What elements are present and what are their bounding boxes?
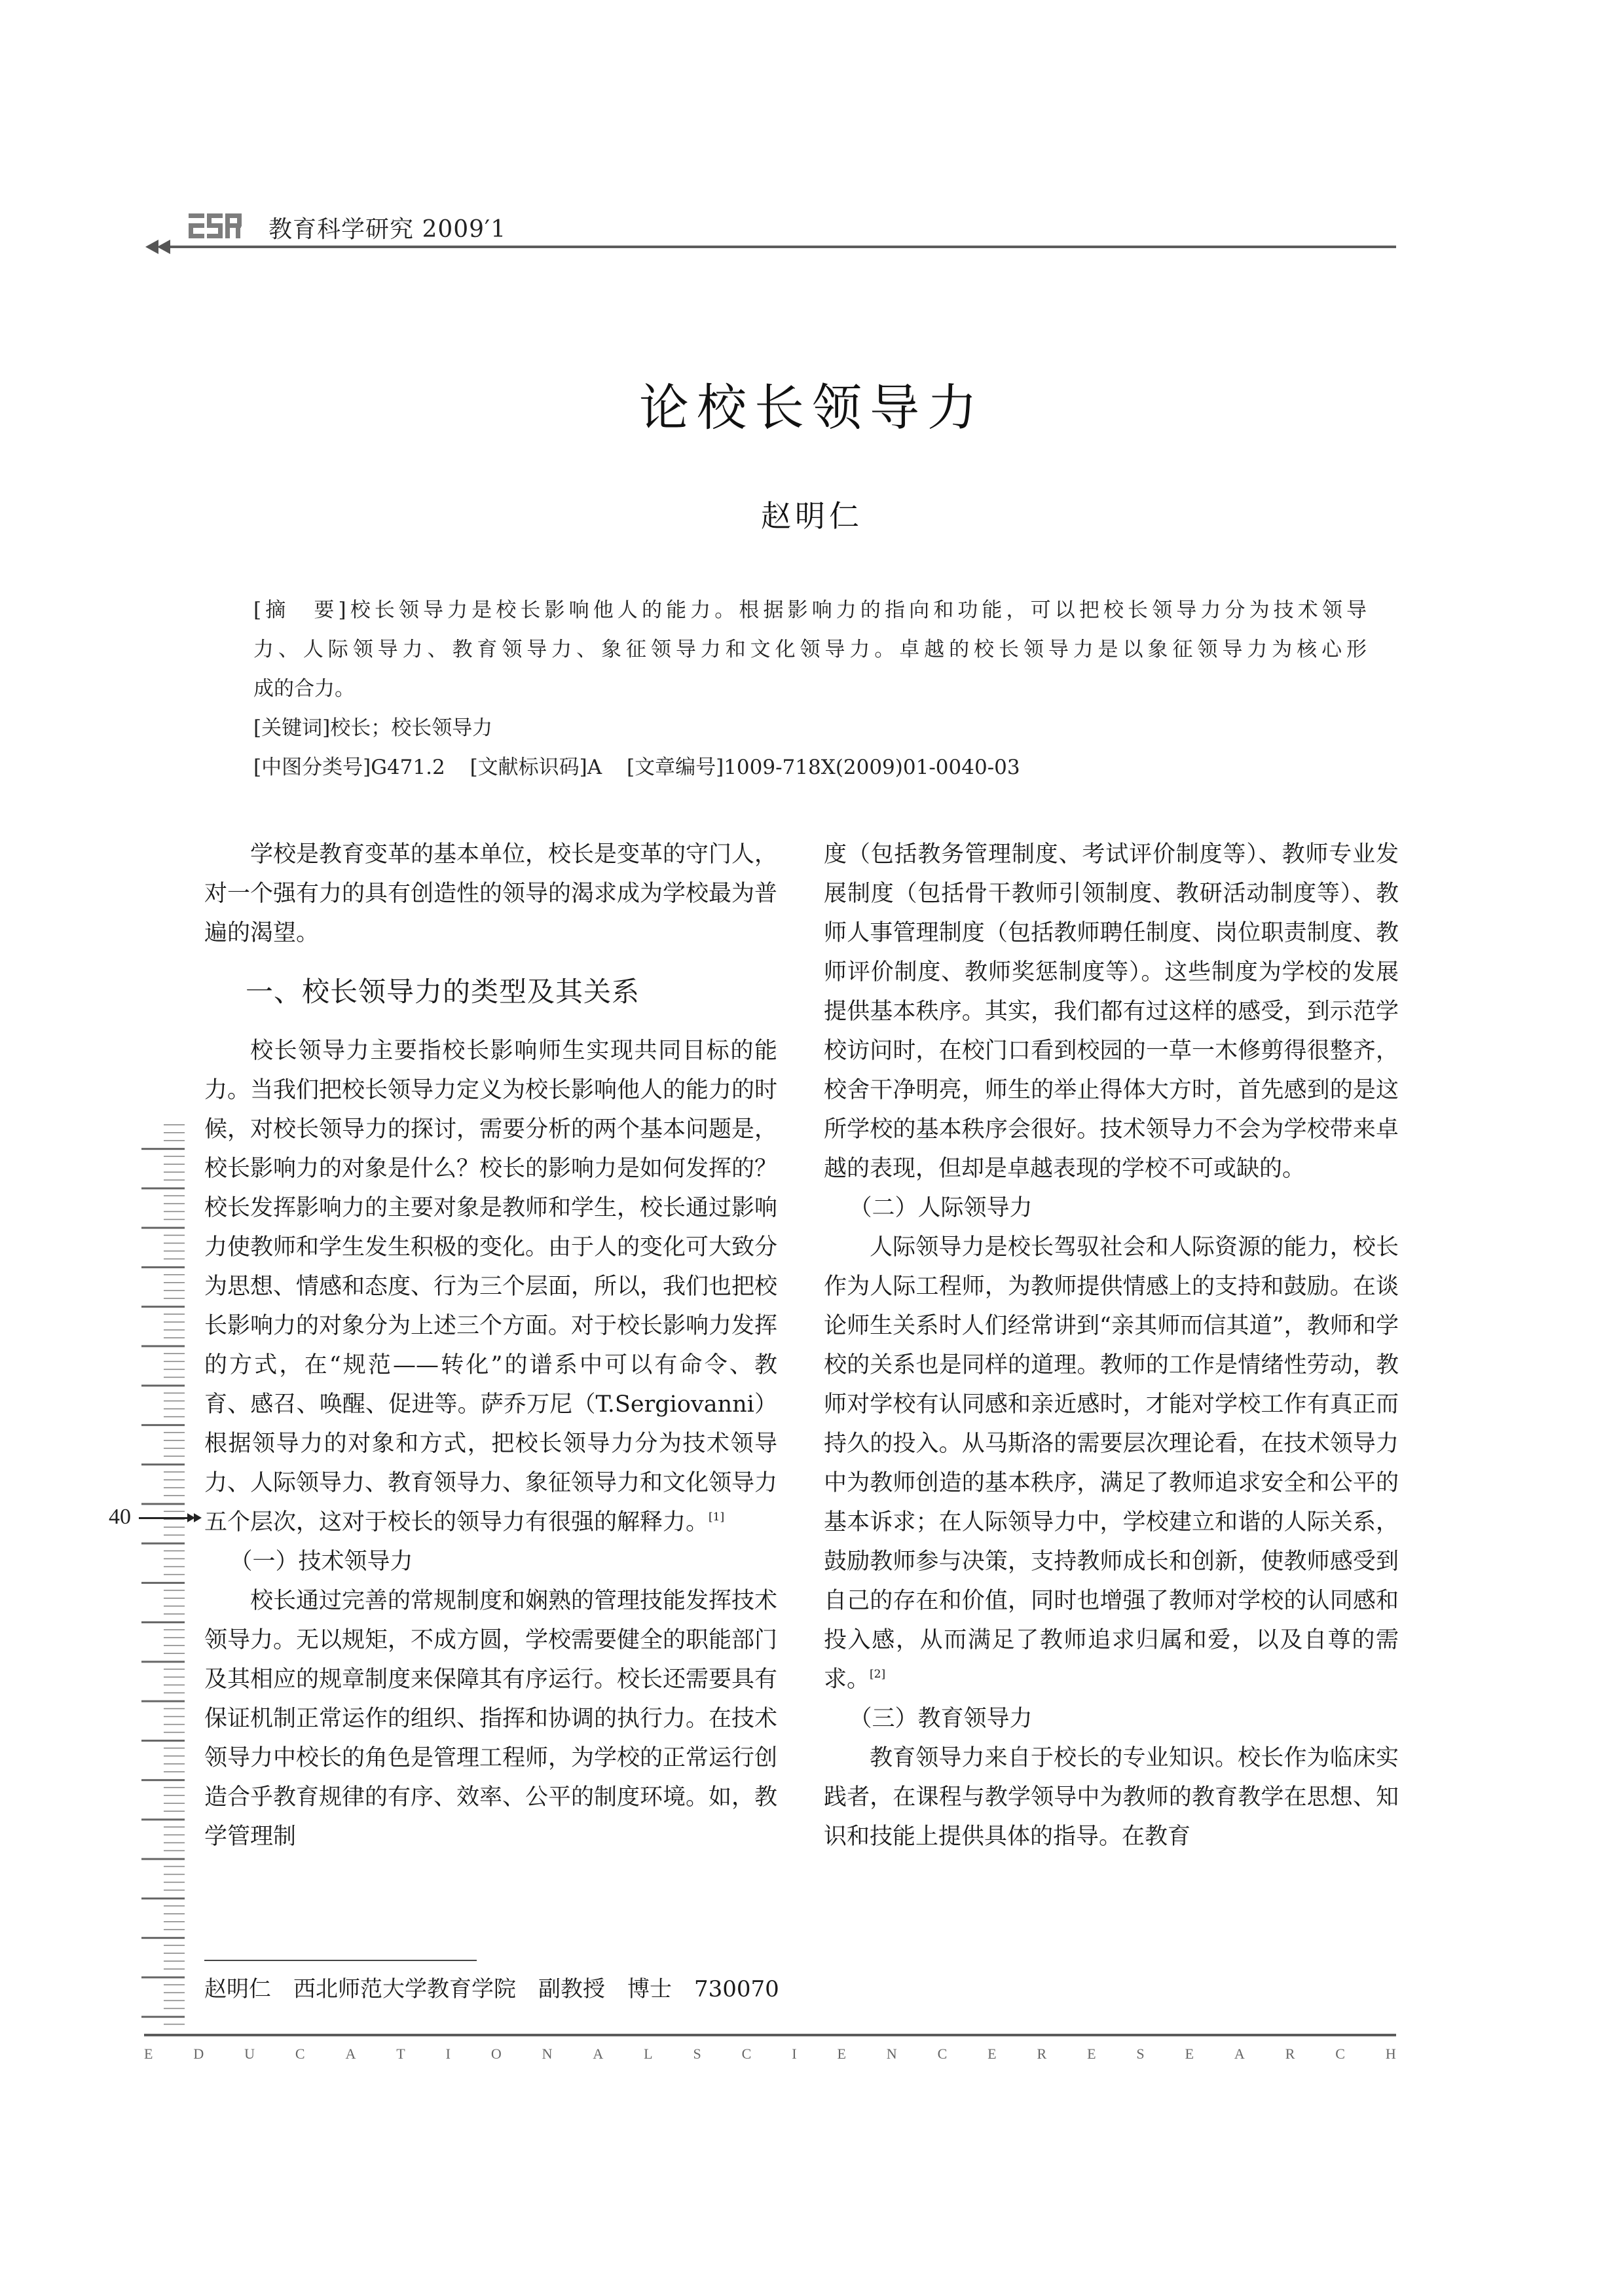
article-number: [文章编号]1009-718X(2009)01-0040-03 — [627, 756, 1020, 779]
body-paragraph: 教育领导力来自于校长的专业知识。校长作为临床实践者，在课程与教学领导中为教师的教… — [824, 1738, 1399, 1856]
footer-letter: N — [542, 2046, 553, 2063]
author-footnote: 赵明仁 西北师范大学教育学院 副教授 博士 730070 — [204, 1971, 779, 2003]
footer-letter: C — [1335, 2046, 1345, 2063]
body-column-left: 学校是教育变革的基本单位，校长是变革的守门人，对一个强有力的具有创造性的领导的渴… — [204, 835, 777, 1856]
footer-letter: E — [837, 2046, 845, 2063]
footer-letter: C — [938, 2046, 948, 2063]
body-column-right: 度（包括教务管理制度、考试评价制度等）、教师专业发展制度（包括骨干教师引领制度、… — [824, 835, 1399, 1856]
article-author: 赵明仁 — [0, 492, 1624, 536]
footer-letter: I — [446, 2046, 451, 2063]
subsection-heading: （三）教育领导力 — [824, 1699, 1399, 1738]
footer-journal-english: EDUCATIONALSCIENCERESEARCH — [144, 2046, 1396, 2063]
footer-letter: O — [491, 2046, 502, 2063]
article-title: 论校长领导力 — [0, 368, 1624, 439]
header-rule — [164, 246, 1396, 248]
intro-paragraph: 学校是教育变革的基本单位，校长是变革的守门人，对一个强有力的具有创造性的领导的渴… — [204, 835, 777, 953]
footer-letter: H — [1386, 2046, 1396, 2063]
abstract-line: [摘 要]校长领导力是校长影响他人的能力。根据影响力的指向和功能，可以把校长领导… — [253, 591, 1367, 630]
footer-letter: D — [193, 2046, 204, 2063]
keywords: [关键词]校长；校长领导力 — [253, 708, 1367, 748]
abstract-line: 力、人际领导力、教育领导力、象征领导力和文化领导力。卓越的校长领导力是以象征领导… — [253, 630, 1367, 669]
esr-logo-icon — [189, 213, 242, 238]
body-paragraph: 度（包括教务管理制度、考试评价制度等）、教师专业发展制度（包括骨干教师引领制度、… — [824, 835, 1399, 1188]
footer-letter: R — [1285, 2046, 1295, 2063]
footer-letter: A — [1234, 2046, 1245, 2063]
footer-letter: E — [987, 2046, 996, 2063]
clc-number: [中图分类号]G471.2 — [253, 756, 445, 779]
page-pointer-arrow-icon — [139, 1513, 204, 1523]
body-paragraph: 校长领导力主要指校长影响师生实现共同目标的能力。当我们把校长领导力定义为校长影响… — [204, 1031, 777, 1542]
double-arrow-left-icon — [145, 238, 178, 255]
citation-ref[interactable]: [1] — [709, 1511, 724, 1524]
body-paragraph: 人际领导力是校长驾驭社会和人际资源的能力，校长作为人际工程师，为教师提供情感上的… — [824, 1228, 1399, 1699]
footer-letter: C — [742, 2046, 752, 2063]
footnote-rule — [204, 1960, 477, 1961]
footer-letter: S — [693, 2046, 701, 2063]
section-heading: 一、校长领导力的类型及其关系 — [204, 972, 777, 1012]
footer-letter: S — [1136, 2046, 1144, 2063]
subsection-heading: （一）技术领导力 — [204, 1542, 777, 1581]
document-code: [文献标识码]A — [470, 756, 602, 779]
abstract-line: 成的合力。 — [253, 669, 1367, 708]
paragraph-text: 人际领导力是校长驾驭社会和人际资源的能力，校长作为人际工程师，为教师提供情感上的… — [824, 1234, 1399, 1693]
footer-letter: C — [295, 2046, 305, 2063]
footer-letter: R — [1037, 2046, 1047, 2063]
footer-rule — [144, 2034, 1396, 2036]
footer-letter: L — [644, 2046, 652, 2063]
journal-name: 教育科学研究 2009′1 — [268, 211, 506, 244]
abstract: [摘 要]校长领导力是校长影响他人的能力。根据影响力的指向和功能，可以把校长领导… — [253, 591, 1367, 708]
footer-letter: A — [593, 2046, 603, 2063]
paragraph-text: 校长领导力主要指校长影响师生实现共同目标的能力。当我们把校长领导力定义为校长影响… — [204, 1038, 777, 1535]
footer-letter: A — [345, 2046, 356, 2063]
footer-letter: N — [887, 2046, 897, 2063]
subsection-heading: （二）人际领导力 — [824, 1188, 1399, 1228]
classification-info: [中图分类号]G471.2 [文献标识码]A [文章编号]1009-718X(2… — [253, 748, 1367, 787]
footer-letter: E — [1087, 2046, 1096, 2063]
footer-letter: T — [396, 2046, 405, 2063]
footer-letter: E — [144, 2046, 153, 2063]
footer-letter: I — [792, 2046, 796, 2063]
footer-letter: U — [244, 2046, 255, 2063]
page-number: 40 — [109, 1505, 131, 1530]
body-paragraph: 校长通过完善的常规制度和娴熟的管理技能发挥技术领导力。无以规矩，不成方圆，学校需… — [204, 1581, 777, 1856]
footer-letter: E — [1185, 2046, 1194, 2063]
citation-ref[interactable]: [2] — [870, 1668, 885, 1681]
margin-ruler-icon — [141, 1123, 187, 2027]
